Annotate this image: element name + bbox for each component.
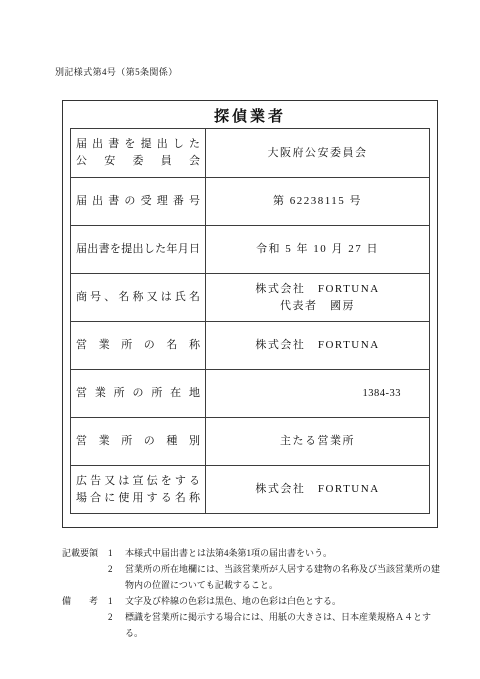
row-value-advertising-name: 株式会社 FORTUNA (206, 465, 429, 513)
note-heading-biko: 備 考 (62, 593, 108, 609)
row-value-trade-name: 株式会社 FORTUNA 代表者 國房 (206, 273, 429, 321)
row-label-office-name: 営業所の名称 (71, 321, 206, 369)
row-value-office-name: 株式会社 FORTUNA (206, 321, 429, 369)
detective-info-table: 届出書を提出した 公安委員会 大阪府公安委員会 届出書の受理番号 第 62238… (70, 128, 430, 514)
note-kisai-item-1: 記載要領 1 本様式中届出書とは法第4条第1項の届出書をいう。 (62, 545, 440, 561)
row-label-office-type: 営業所の種別 (71, 417, 206, 465)
row-label-trade-name: 商号、名称又は氏名 (71, 273, 206, 321)
note-kisai-item-2: 2 営業所の所在地欄には、当該営業所が入居する建物の名称及び当該営業所の建物内の… (62, 561, 440, 593)
detective-agency-sign-document: 別記様式第4号（第5条関係） 探偵業者 届出書を提出した 公安委員会 大阪府公安… (0, 0, 480, 679)
note-biko-item-2: 2 標識を営業所に掲示する場合には、用紙の大きさは、日本産業規格Ａ４とする。 (62, 609, 440, 641)
row-label-public-safety-commission: 届出書を提出した 公安委員会 (71, 129, 206, 177)
form-reference: 別記様式第4号（第5条関係） (55, 65, 178, 78)
row-value-submission-date: 令和 5 年 10 月 27 日 (206, 225, 429, 273)
sign-outer-border: 探偵業者 届出書を提出した 公安委員会 大阪府公安委員会 届出書の受理番号 第 … (62, 100, 438, 528)
row-value-office-address: 1384-33 (206, 369, 429, 417)
note-heading-kisai: 記載要領 (62, 545, 108, 561)
note-biko-item-1: 備 考 1 文字及び枠線の色彩は黒色、地の色彩は白色とする。 (62, 593, 440, 609)
row-label-office-address: 営業所の所在地 (71, 369, 206, 417)
sign-title: 探偵業者 (63, 105, 437, 126)
row-label-receipt-number: 届出書の受理番号 (71, 177, 206, 225)
row-label-advertising-name: 広告又は宣伝をする 場合に使用する名称 (71, 465, 206, 513)
row-value-office-type: 主たる営業所 (206, 417, 429, 465)
footnotes-section: 記載要領 1 本様式中届出書とは法第4条第1項の届出書をいう。 2 営業所の所在… (62, 545, 440, 641)
row-value-public-safety-commission: 大阪府公安委員会 (206, 129, 429, 177)
row-label-submission-date: 届出書を提出した年月日 (71, 225, 206, 273)
row-value-receipt-number: 第 62238115 号 (206, 177, 429, 225)
